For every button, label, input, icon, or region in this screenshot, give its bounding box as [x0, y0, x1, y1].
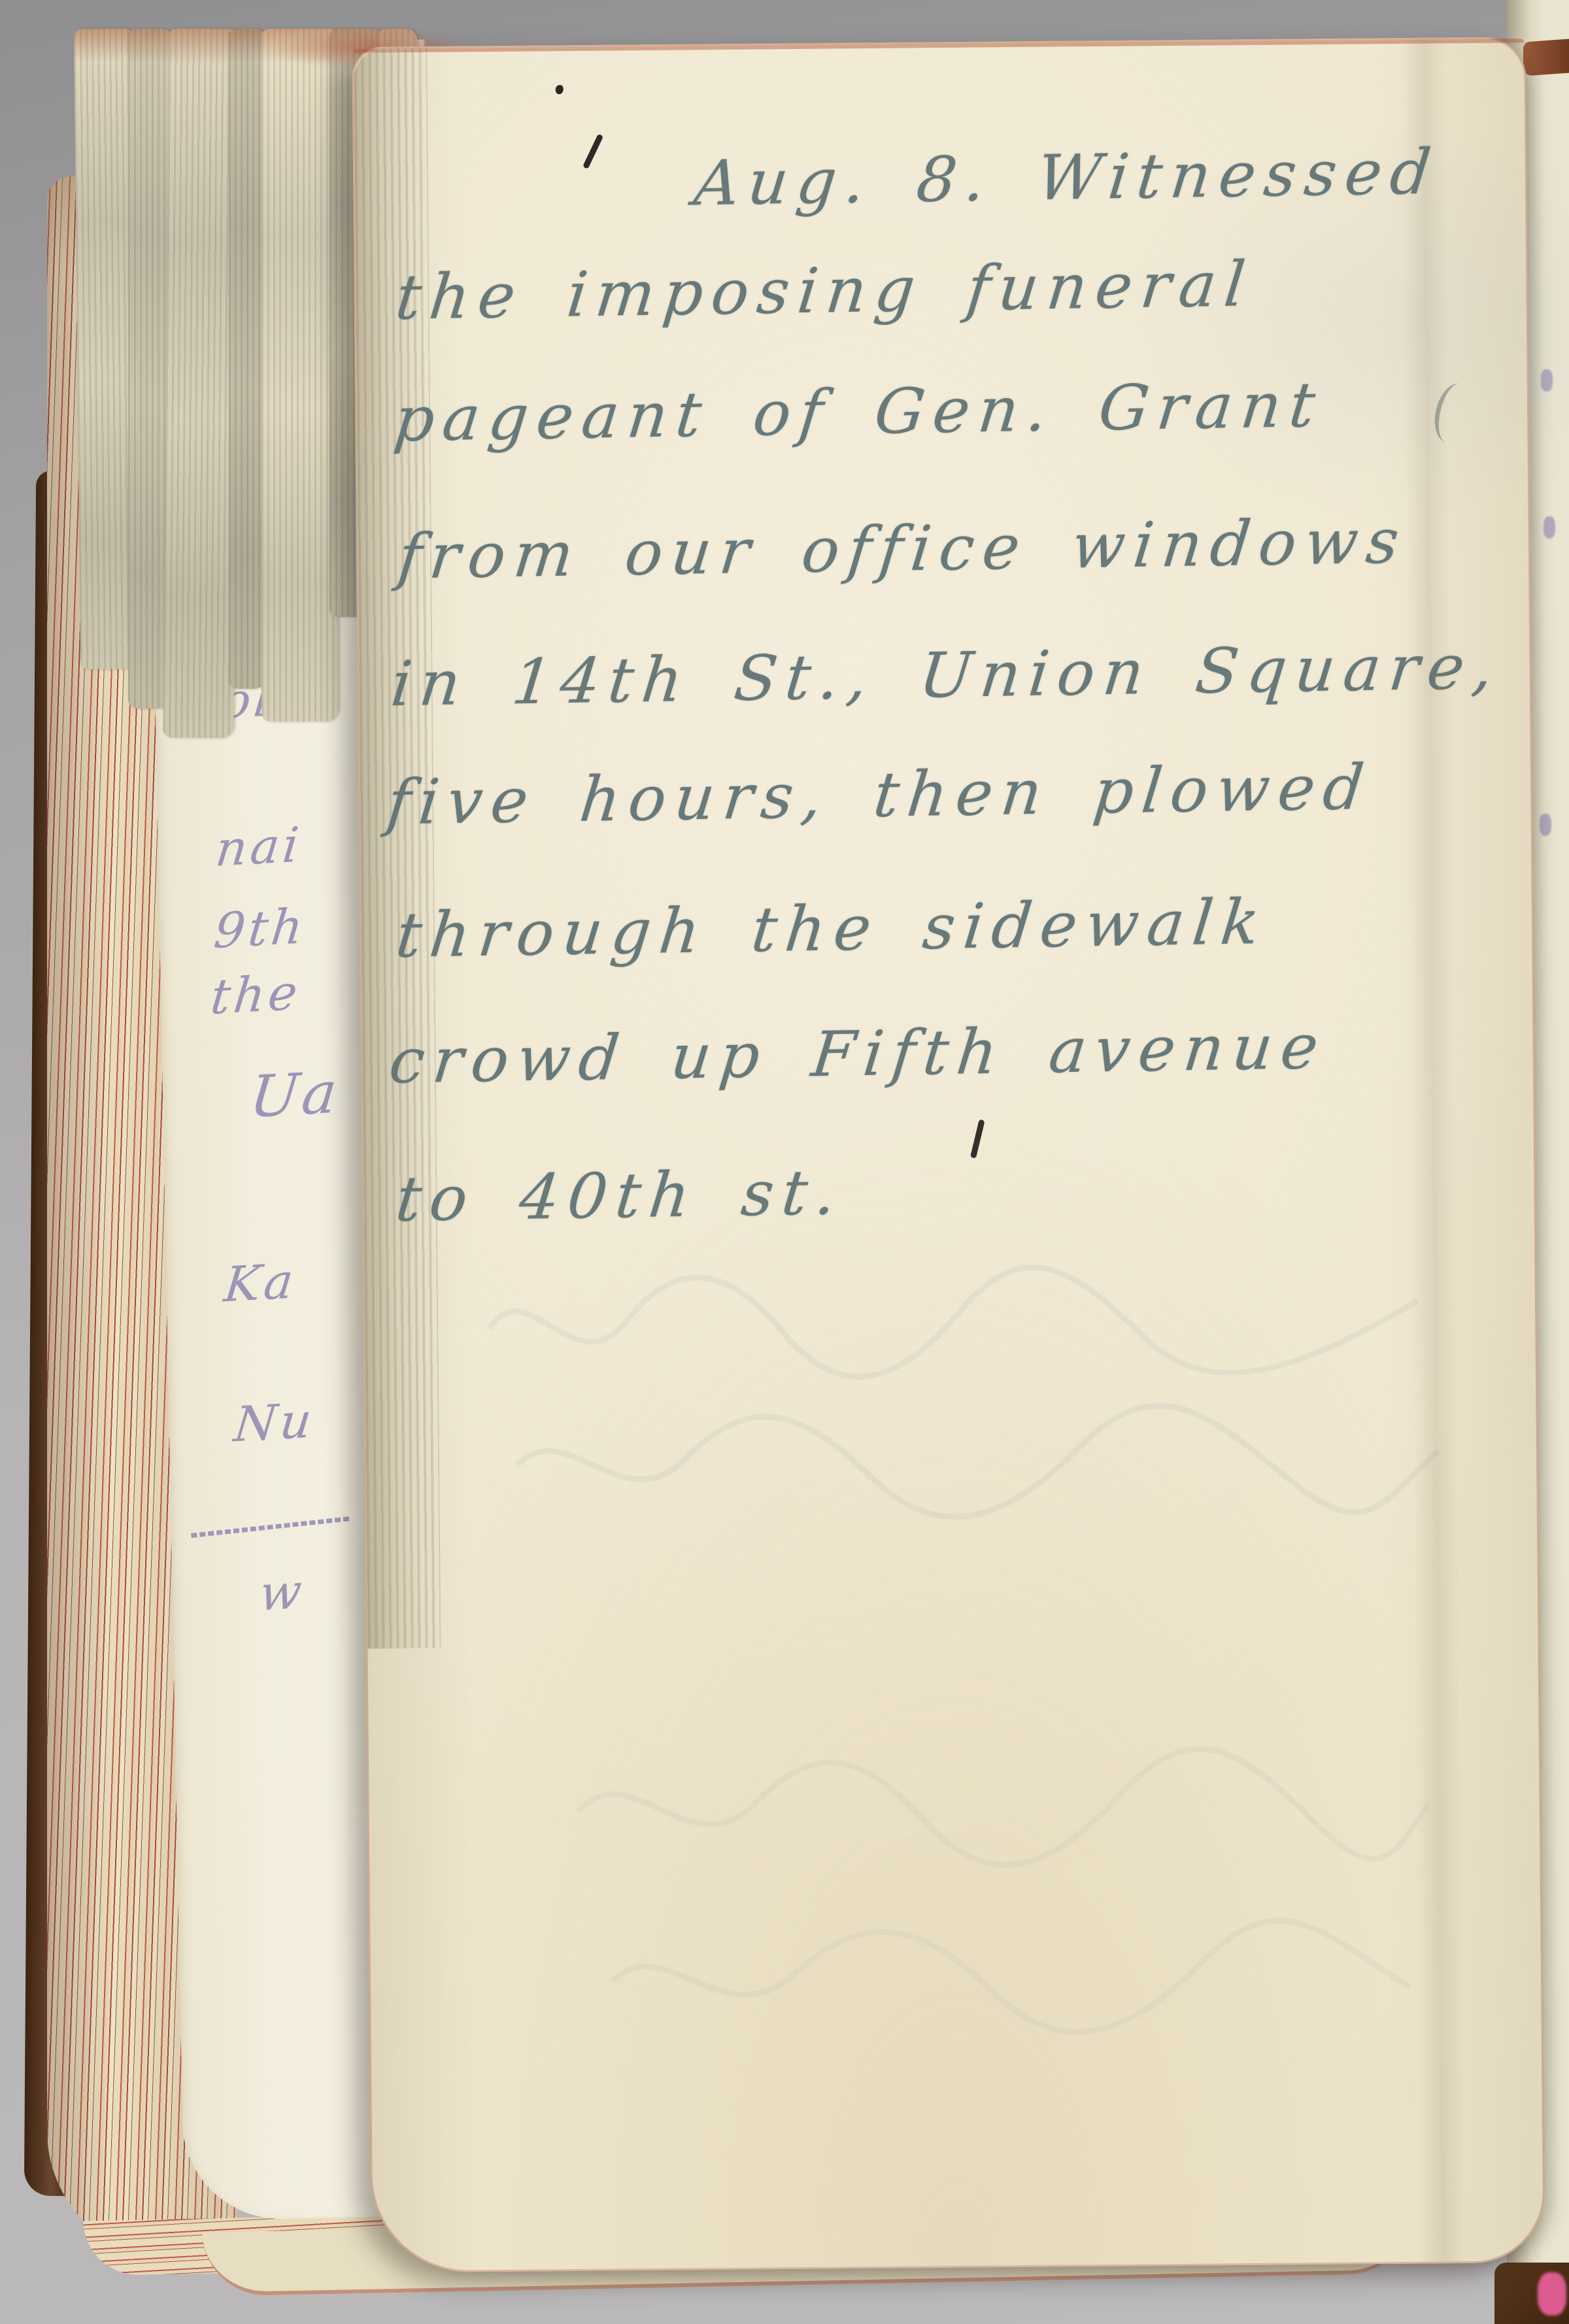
pencil-fragment: the	[209, 969, 303, 1021]
pencil-fragment: w	[258, 1567, 307, 1618]
pencil-underline	[191, 1516, 350, 1538]
journal-line-4: from our office windows	[395, 510, 1410, 588]
stray-pen-mark	[970, 1119, 985, 1158]
ink-speck	[556, 85, 564, 94]
journal-line-5: in 14th St., Union Square,	[388, 637, 1504, 716]
pink-edge-smudge	[1538, 2272, 1566, 2316]
journal-line-3: pageant of Gen. Grant	[391, 374, 1326, 451]
pencil-fragment: Ua	[247, 1064, 343, 1127]
journal-line-2: the imposing funeral	[393, 254, 1257, 329]
journal-line-9: to 40th st.	[393, 1162, 847, 1231]
diary-photo-scene: m The Ca the H vola nai 9th the Ua Ka Nu…	[0, 0, 1569, 2324]
journal-line-8: crowd up Fifth avenue	[386, 1016, 1330, 1093]
journal-line-6: five hours, then plowed	[384, 757, 1375, 835]
leather-corner-top-right	[1523, 39, 1569, 76]
torn-page-stub	[261, 29, 339, 722]
stray-pen-stroke	[582, 133, 603, 169]
pencil-fragment: 9th	[212, 902, 309, 955]
red-stained-top-edge	[354, 39, 1524, 53]
show-through-writing	[558, 1712, 1444, 2125]
pencil-fragment: Ka	[222, 1257, 299, 1309]
journal-line-7: through the sidewalk	[393, 891, 1270, 967]
pencil-fragment: nai	[214, 821, 305, 874]
diary-page: Aug. 8. Witnessed the imposing funeral p…	[352, 37, 1545, 2273]
pencil-fragment: Nu	[231, 1397, 317, 1450]
ink-bleed-mark	[1540, 814, 1551, 836]
journal-line-1: Aug. 8. Witnessed	[691, 141, 1442, 215]
show-through-writing	[475, 1242, 1459, 1603]
